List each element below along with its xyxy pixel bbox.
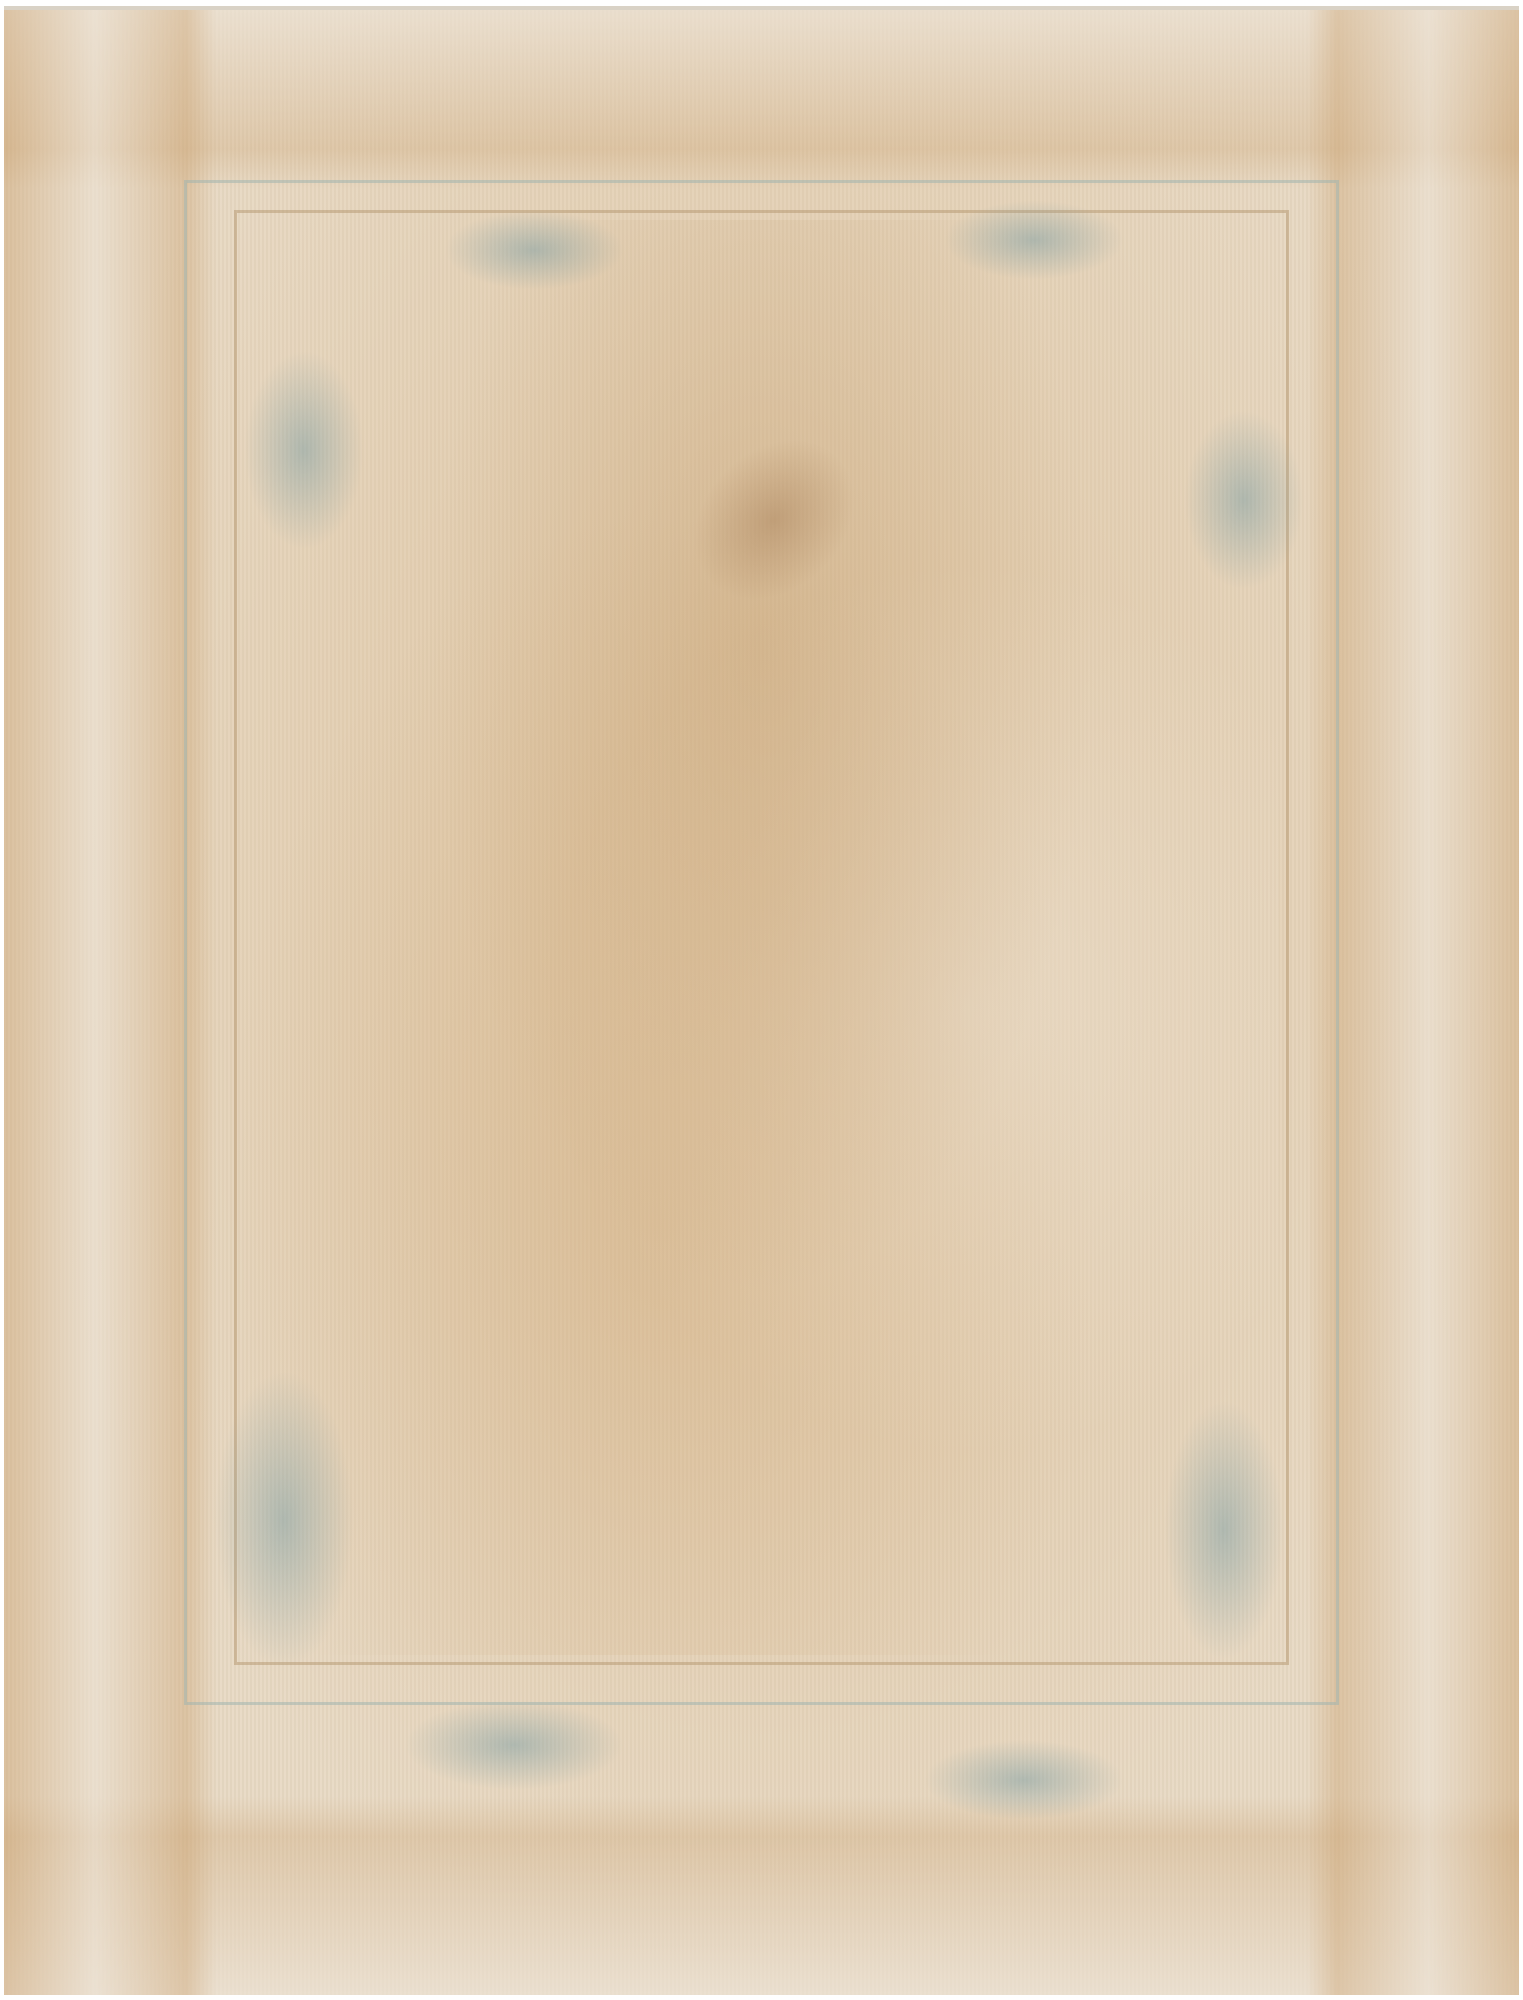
blue-corner-motif [244,350,364,550]
rug-photo [4,10,1519,1995]
blue-corner-motif [404,1700,624,1790]
blue-corner-motif [944,200,1124,280]
blue-corner-motif [1184,410,1304,590]
blue-corner-motif [444,210,624,290]
blue-corner-motif [214,1370,354,1670]
blue-corner-motif [924,1740,1124,1820]
blue-corner-motif [1164,1400,1284,1660]
